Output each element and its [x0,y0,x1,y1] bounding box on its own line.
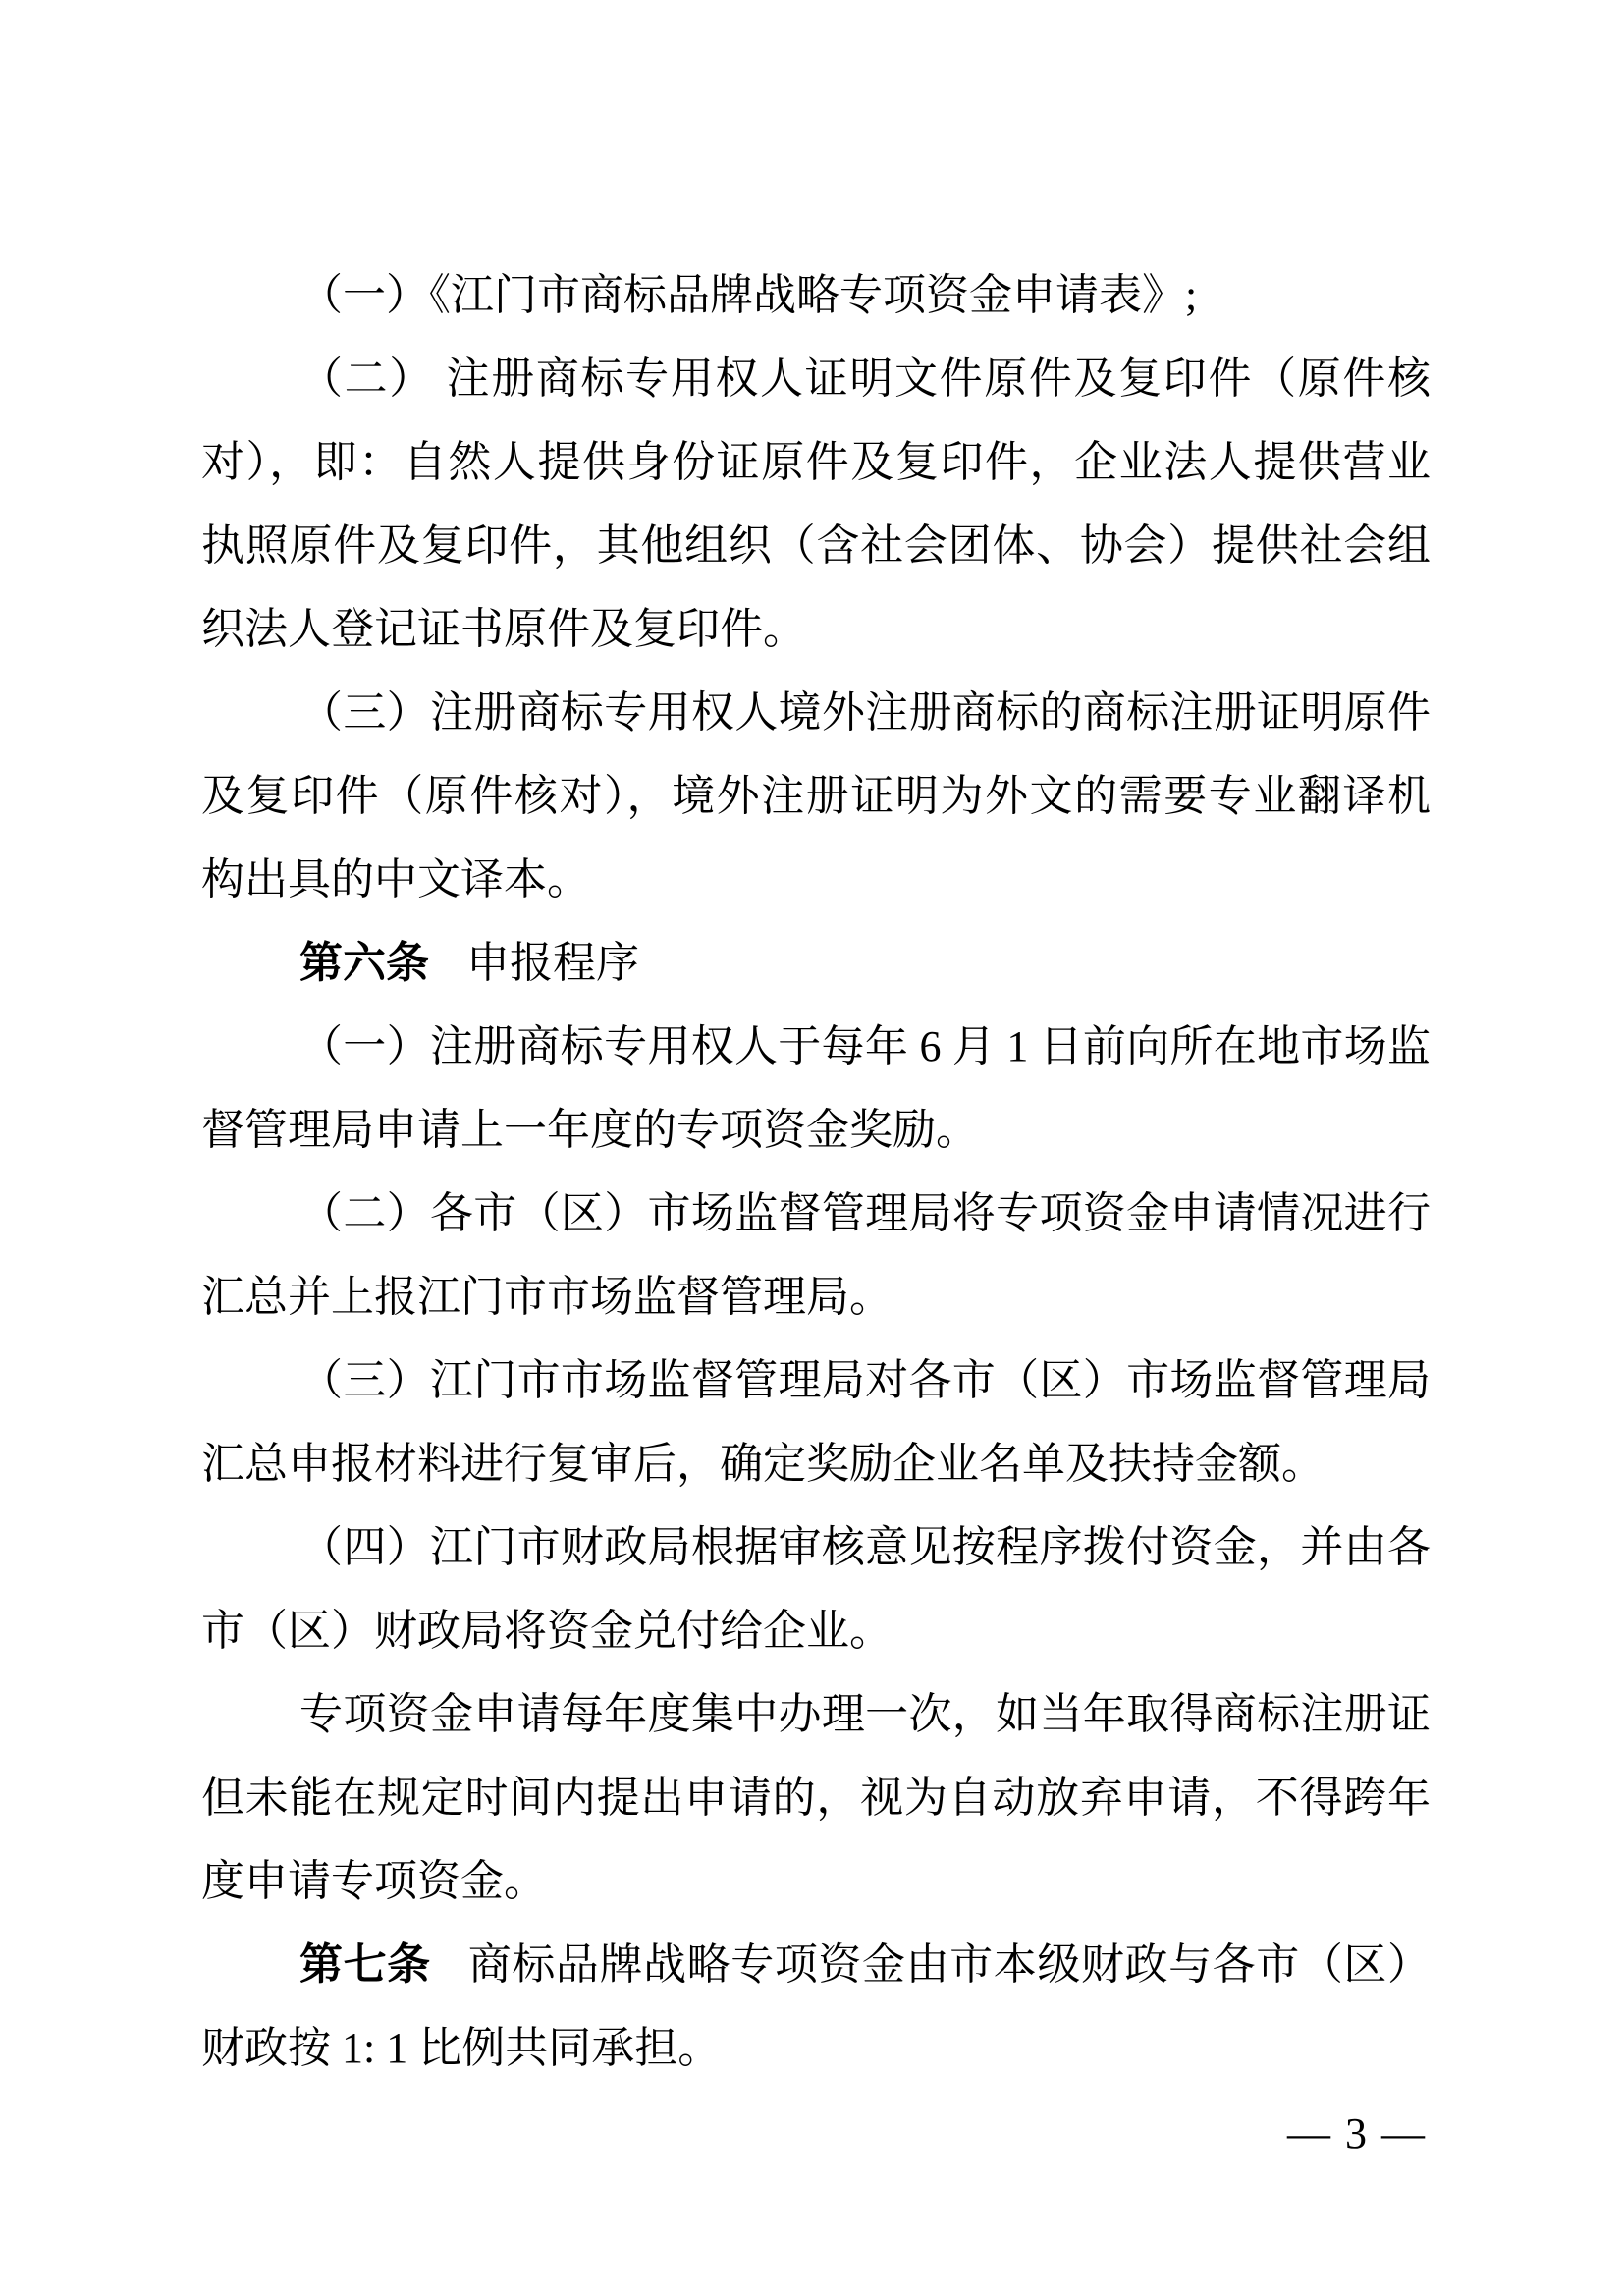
text-line-item-2-start: （二） 注册商标专用权人证明文件原件及复印件（原件核 [201,337,1431,420]
text-line-proc-1-end: 督管理局申请上一年度的专项资金奖励。 [201,1088,1431,1172]
text-line-article-7-end: 财政按 1: 1 比例共同承担。 [201,2006,1431,2090]
text-line-item-3-end: 构出具的中文译本。 [201,838,1431,921]
text-line-proc-2-end: 汇总并上报江门市市场监督管理局。 [201,1255,1431,1339]
article-6-heading: 第六条申报程序 [201,921,1431,1005]
text-line-item-2-cont-2: 执照原件及复印件，其他组织（含社会团体、协会）提供社会组 [201,504,1431,587]
text-line-item-3-cont: 及复印件（原件核对），境外注册证明为外文的需要专业翻译机 [201,754,1431,838]
text-line-proc-4-end: 市（区）财政局将资金兑付给企业。 [201,1589,1431,1672]
text-line-item-1: （一）《江门市商标品牌战略专项资金申请表》; [201,253,1431,337]
text-line-note-end: 度申请专项资金。 [201,1839,1431,1923]
document-body: （一）《江门市商标品牌战略专项资金申请表》; （二） 注册商标专用权人证明文件原… [201,253,1431,2090]
page-number: — 3 — [1287,2109,1427,2159]
text-line-note-start: 专项资金申请每年度集中办理一次，如当年取得商标注册证 [201,1672,1431,1756]
article-7-label: 第七条 [299,1941,431,1989]
text-line-proc-3-start: （三）江门市市场监督管理局对各市（区）市场监督管理局 [201,1339,1431,1422]
text-line-note-cont: 但未能在规定时间内提出申请的，视为自动放弃申请，不得跨年 [201,1756,1431,1839]
article-6-label: 第六条 [299,939,429,987]
text-line-proc-2-start: （二）各市（区）市场监督管理局将专项资金申请情况进行 [201,1172,1431,1255]
text-line-proc-1-start: （一）注册商标专用权人于每年 6 月 1 日前向所在地市场监 [201,1005,1431,1088]
text-line-proc-3-end: 汇总申报材料进行复审后，确定奖励企业名单及扶持金额。 [201,1422,1431,1505]
document-page: （一）《江门市商标品牌战略专项资金申请表》; （二） 注册商标专用权人证明文件原… [0,0,1623,2296]
text-line-item-2-end: 织法人登记证书原件及复印件。 [201,587,1431,671]
article-6-title: 申报程序 [466,939,639,987]
text-line-proc-4-start: （四）江门市财政局根据审核意见按程序拨付资金，并由各 [201,1505,1431,1589]
article-7-heading: 第七条商标品牌战略专项资金由市本级财政与各市（区） [201,1923,1431,2006]
article-7-text: 商标品牌战略专项资金由市本级财政与各市（区） [468,1941,1431,1989]
text-line-item-3-start: （三）注册商标专用权人境外注册商标的商标注册证明原件 [201,671,1431,754]
text-line-item-2-cont-1: 对），即：自然人提供身份证原件及复印件，企业法人提供营业 [201,420,1431,504]
